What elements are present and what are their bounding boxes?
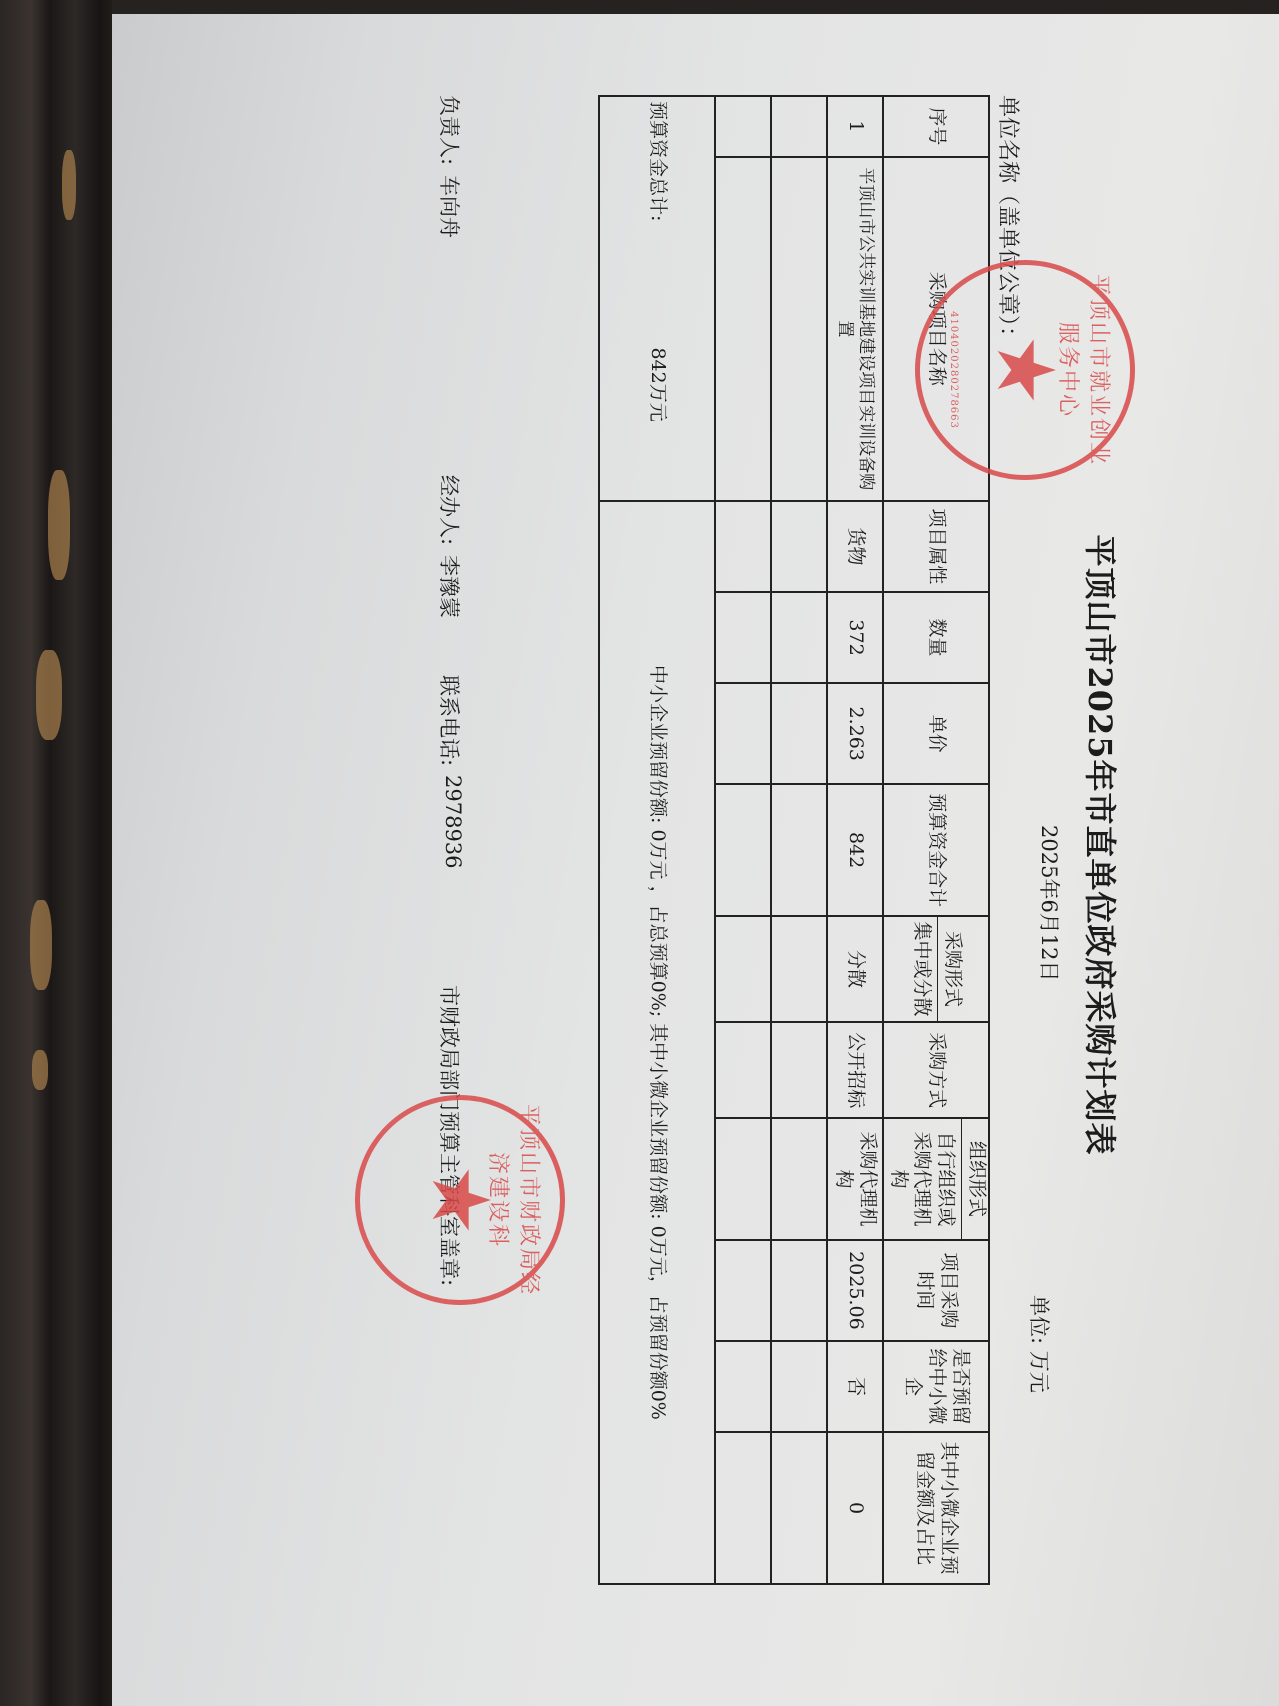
table-row: 1 平顶山市公共实训基地建设项目实训设备购置 货物 372 2.263 842 … — [827, 96, 883, 1584]
cell-form: 分散 — [827, 916, 883, 1022]
desk-stain — [62, 150, 76, 220]
unit-stamp-number: 4104020280278663 — [948, 265, 959, 475]
reserve-share-text: 中小企业预留份额: 0万元 ，占总预算0%; 其中小微企业预留份额: 0万元，占… — [599, 501, 715, 1584]
desk-stain — [30, 900, 52, 990]
cell-project-name: 平顶山市公共实训基地建设项目实训设备购置 — [827, 157, 883, 501]
desk-stain — [36, 650, 62, 740]
cell-attribute: 货物 — [827, 501, 883, 592]
header-org: 组织形式 自行组织或采购代理机构 — [883, 1118, 989, 1239]
cell-budget-total: 842 — [827, 784, 883, 916]
cell-unit-price: 2.263 — [827, 683, 883, 784]
responsible-label: 负责人: — [435, 95, 465, 165]
finance-bureau-stamp: 平顶山市财政局经济建设科 ★ — [355, 1095, 565, 1305]
table-row-empty — [715, 96, 771, 1584]
table-total-row: 预算资金总计: 842万元 中小企业预留份额: 0万元 ，占总预算0%; 其中小… — [599, 96, 715, 1584]
unit-official-stamp: 平顶山市就业创业服务中心 ★ 4104020280278663 — [915, 260, 1135, 480]
header-form-sub: 集中或分散 — [912, 922, 934, 1017]
total-value: 842万元 — [647, 347, 669, 421]
header-quantity: 数量 — [883, 592, 989, 683]
header-form-group: 采购形式 — [938, 917, 965, 1021]
desk-stain — [32, 1050, 48, 1090]
star-icon: ★ — [985, 334, 1065, 406]
desk-edge — [0, 0, 125, 1706]
cell-time: 2025.06 — [827, 1240, 883, 1341]
document-date: 2025年6月12日 — [1035, 825, 1065, 982]
paper-top-shadow — [112, 0, 1279, 14]
header-micro-share: 其中小微企业预留金额及占比 — [883, 1432, 989, 1584]
responsible-name: 车向舟 — [435, 175, 465, 238]
handler-label: 经办人: — [435, 475, 465, 545]
header-seq: 序号 — [883, 96, 989, 157]
procurement-plan-form: 平顶山市2025年市直单位政府采购计划表 2025年6月12日 单位: 万元 单… — [365, 95, 1125, 1595]
cell-seq: 1 — [827, 96, 883, 157]
table-row-empty — [771, 96, 827, 1584]
header-method: 采购方式 — [883, 1022, 989, 1118]
cell-micro-share: 0 — [827, 1432, 883, 1584]
header-attribute: 项目属性 — [883, 501, 989, 592]
cell-reserved: 否 — [827, 1341, 883, 1432]
handler-name: 李豫蒙 — [435, 555, 465, 618]
header-budget-total: 预算资金合计 — [883, 784, 989, 916]
header-unit-price: 单价 — [883, 683, 989, 784]
header-org-sub: 自行组织或采购代理机构 — [888, 1132, 958, 1227]
total-label: 预算资金总计: — [647, 101, 669, 221]
header-time: 项目采购时间 — [883, 1240, 989, 1341]
currency-unit: 单位: 万元 — [1025, 1295, 1055, 1393]
header-org-group: 组织形式 — [961, 1119, 988, 1238]
phone-value: 2978936 — [441, 775, 465, 869]
header-form: 采购形式 集中或分散 — [883, 916, 989, 1022]
cell-method: 公开招标 — [827, 1022, 883, 1118]
total-cell: 预算资金总计: 842万元 — [599, 96, 715, 501]
desk-stain — [48, 470, 70, 580]
star-icon: ★ — [420, 1164, 500, 1236]
phone-label: 联系电话: — [435, 675, 465, 766]
header-reserved: 是否预留给中小微企 — [883, 1341, 989, 1432]
cell-quantity: 372 — [827, 592, 883, 683]
cell-org: 采购代理机构 — [827, 1118, 883, 1239]
